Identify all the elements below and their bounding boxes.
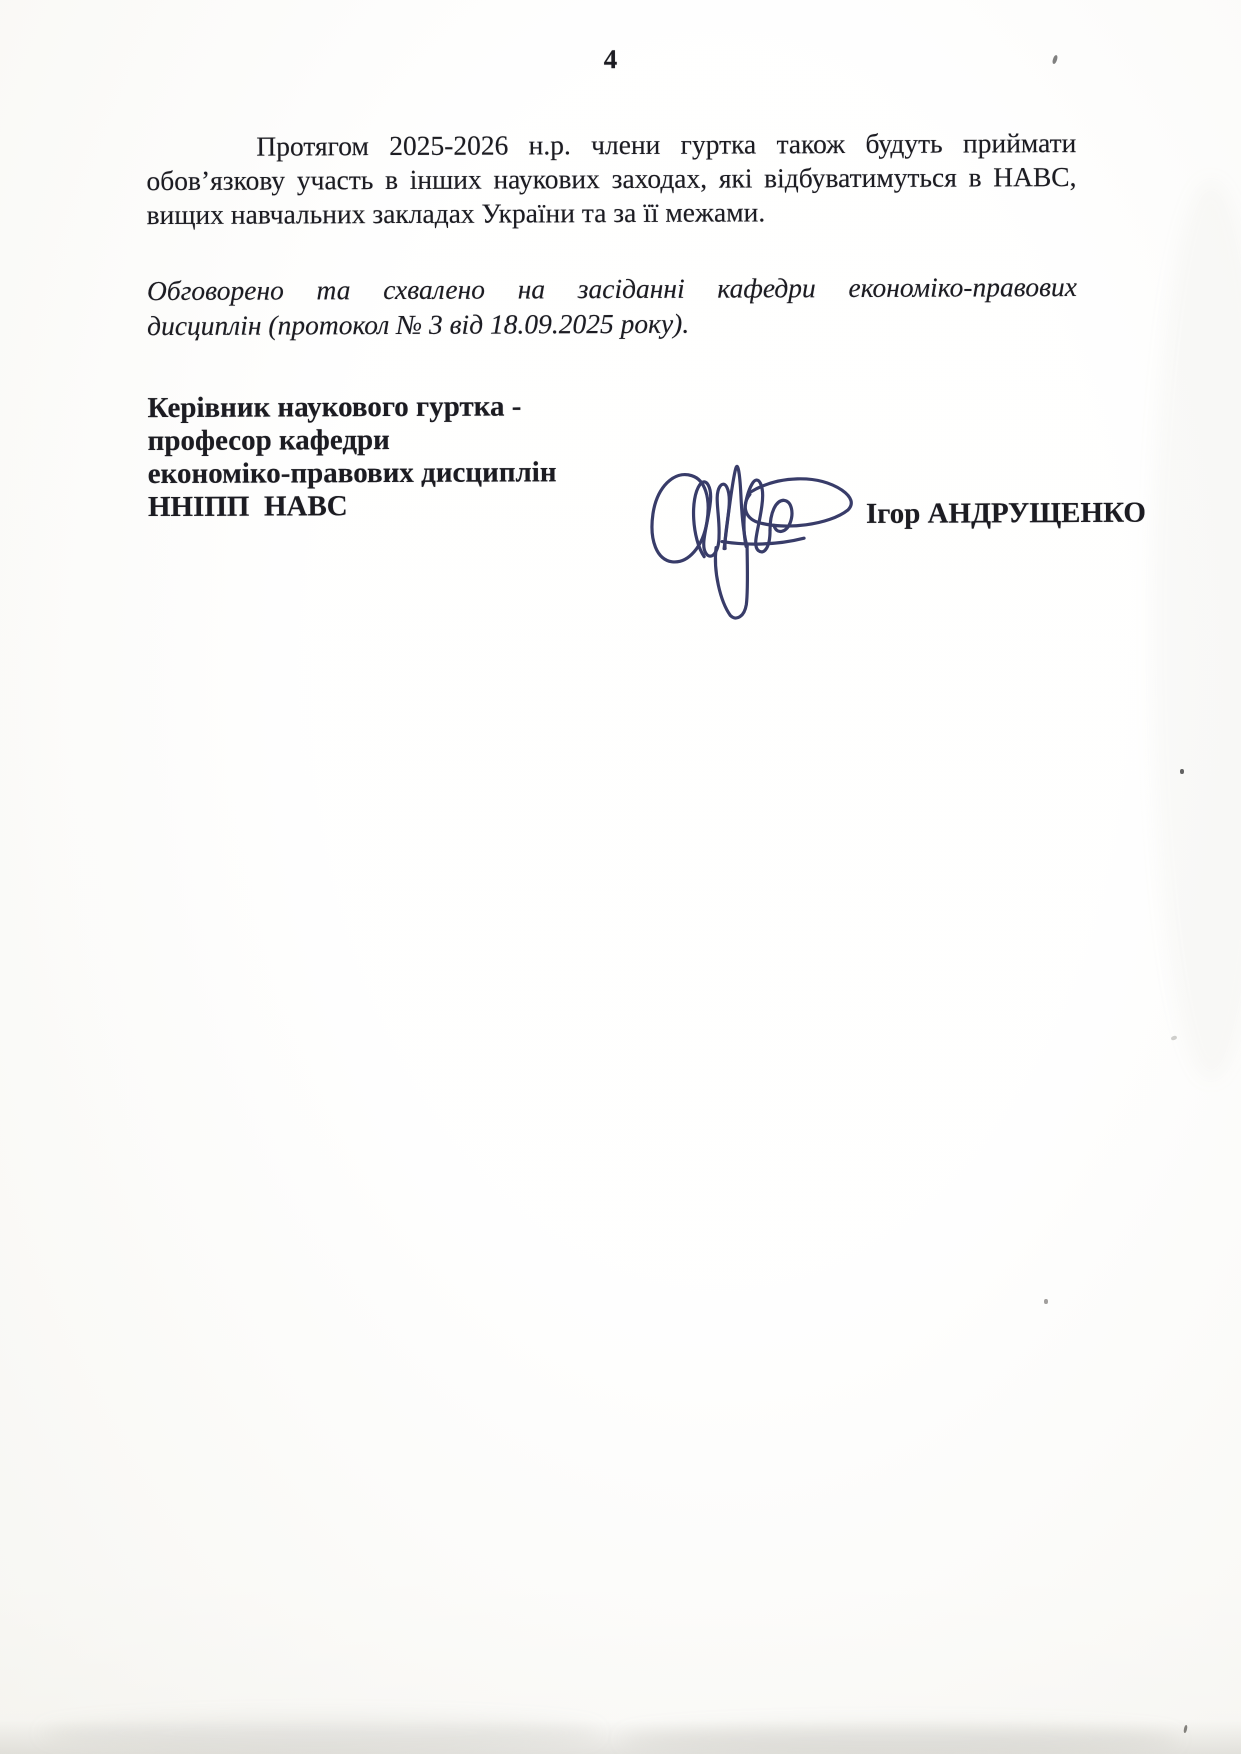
document-page: { "page_number": "4", "paragraph_main": … <box>0 0 1241 1754</box>
paragraph-approval-line: дисциплін (протокол № 3 від 18.09.2025 р… <box>147 304 1077 343</box>
signatory-role-line: Керівник наукового гуртка - <box>147 390 707 425</box>
paragraph-approval-line: Обговорено та схвалено на засіданні кафе… <box>147 269 1077 308</box>
signatory-name: Ігор АНДРУЩЕНКО <box>866 497 1146 531</box>
handwritten-signature-icon <box>646 460 859 626</box>
paragraph-main-line: обов’язкову участь в інших наукових захо… <box>146 160 1076 198</box>
signatory-role-line: професор кафедри <box>148 423 708 458</box>
paragraph-main-line: вищих навчальних закладах України та за … <box>147 194 1077 232</box>
signatory-role-line: ННІПП НАВС <box>148 489 708 524</box>
signatory-role-block: Керівник наукового гуртка - професор каф… <box>147 390 708 524</box>
signatory-role-line: економіко-правових дисциплін <box>148 456 708 491</box>
paragraph-main: Протягом 2025-2026 н.р. члени гуртка так… <box>146 126 1076 232</box>
paragraph-main-line: Протягом 2025-2026 н.р. члени гуртка так… <box>146 126 1076 164</box>
paragraph-approval: Обговорено та схвалено на засіданні кафе… <box>147 269 1077 343</box>
document-content: 4 Протягом 2025-2026 н.р. члени гуртка т… <box>0 0 1241 1754</box>
page-number: 4 <box>146 42 1076 77</box>
